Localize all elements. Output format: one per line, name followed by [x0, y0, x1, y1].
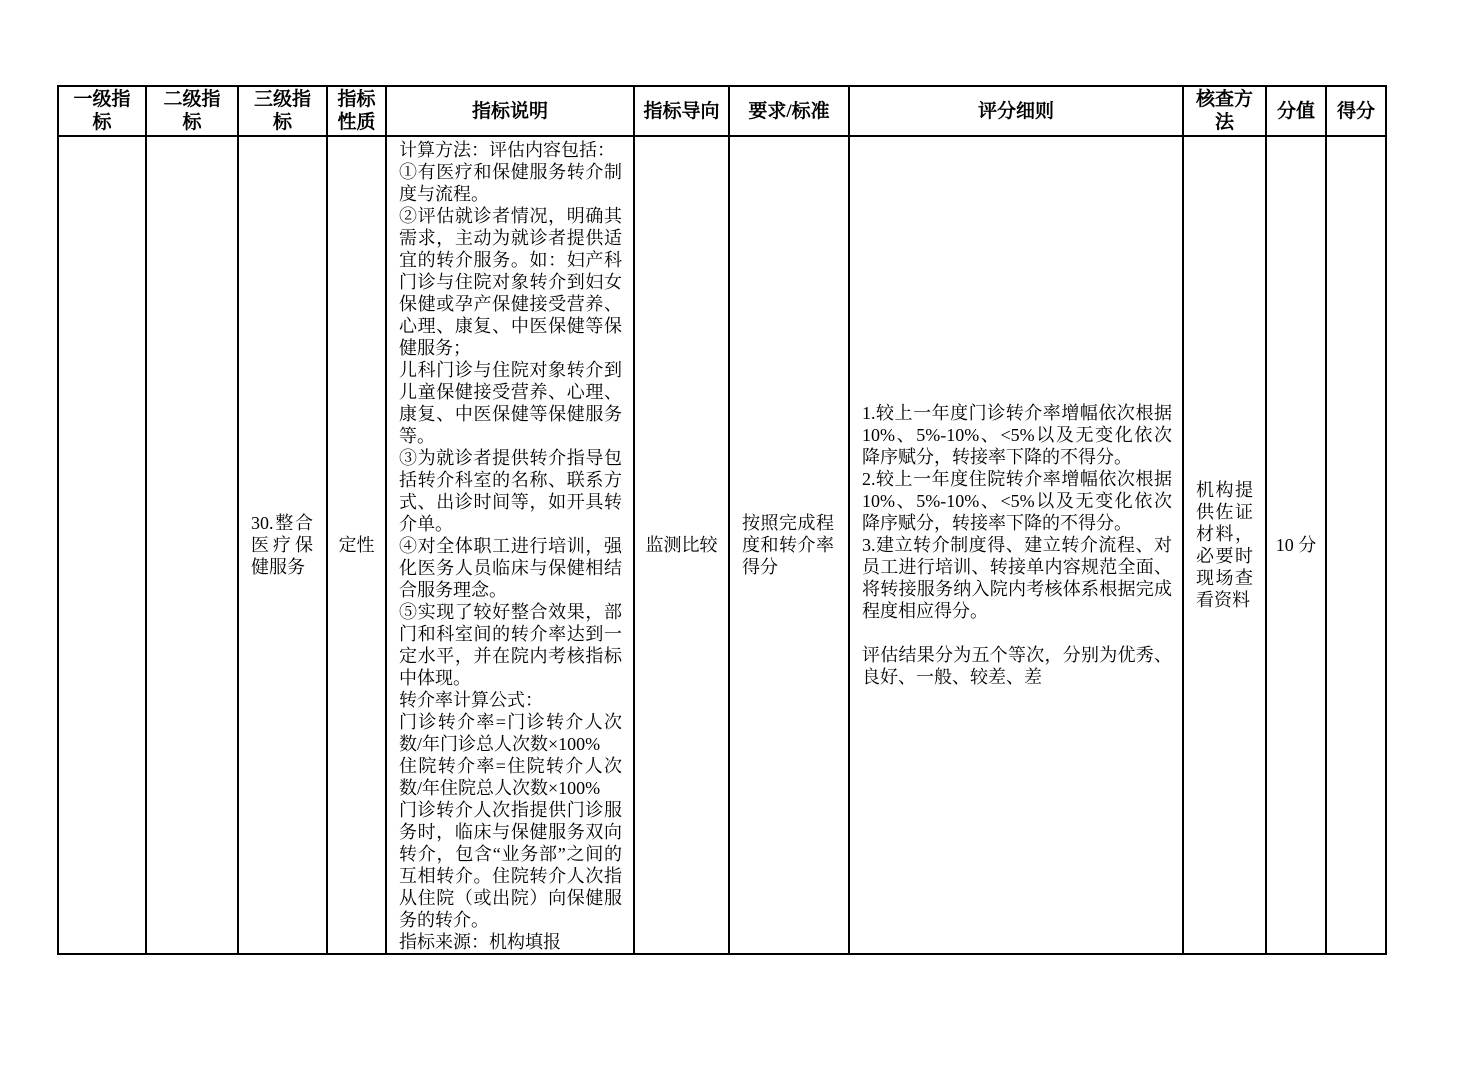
- header-points-value: 分值: [1266, 86, 1326, 136]
- header-verification-method: 核查方法: [1183, 86, 1266, 136]
- cell-requirement-standard: 按照完成程度和转介率得分: [729, 136, 849, 954]
- header-scoring-rules: 评分细则: [849, 86, 1183, 136]
- document-page: 一级指标 二级指标 三级指标 指标性质 指标说明 指标导向 要求/标准 评分细则…: [0, 0, 1483, 1068]
- header-requirement-standard: 要求/标准: [729, 86, 849, 136]
- header-level1-indicator: 一级指标: [58, 86, 146, 136]
- cell-score: [1326, 136, 1386, 954]
- table-row: 30.整合医疗保健服务 定性 计算方法：评估内容包括： ①有医疗和保健服务转介制…: [58, 136, 1386, 954]
- header-row: 一级指标 二级指标 三级指标 指标性质 指标说明 指标导向 要求/标准 评分细则…: [58, 86, 1386, 136]
- header-indicator-description: 指标说明: [386, 86, 634, 136]
- cell-scoring-rules: 1.较上一年度门诊转介率增幅依次根据10%、5%-10%、<5%以及无变化依次降…: [849, 136, 1183, 954]
- indicator-assessment-table: 一级指标 二级指标 三级指标 指标性质 指标说明 指标导向 要求/标准 评分细则…: [57, 85, 1387, 955]
- cell-points-value: 10 分: [1266, 136, 1326, 954]
- cell-indicator-description: 计算方法：评估内容包括： ①有医疗和保健服务转介制度与流程。 ②评估就诊者情况，…: [386, 136, 634, 954]
- cell-indicator-nature: 定性: [327, 136, 386, 954]
- cell-level1-indicator: [58, 136, 146, 954]
- cell-indicator-orientation: 监测比较: [634, 136, 729, 954]
- cell-verification-method: 机构提供佐证材料，必要时现场查看资料: [1183, 136, 1266, 954]
- header-indicator-nature: 指标性质: [327, 86, 386, 136]
- cell-level2-indicator: [146, 136, 238, 954]
- header-indicator-orientation: 指标导向: [634, 86, 729, 136]
- cell-level3-indicator: 30.整合医疗保健服务: [238, 136, 327, 954]
- header-level3-indicator: 三级指标: [238, 86, 327, 136]
- header-score: 得分: [1326, 86, 1386, 136]
- header-level2-indicator: 二级指标: [146, 86, 238, 136]
